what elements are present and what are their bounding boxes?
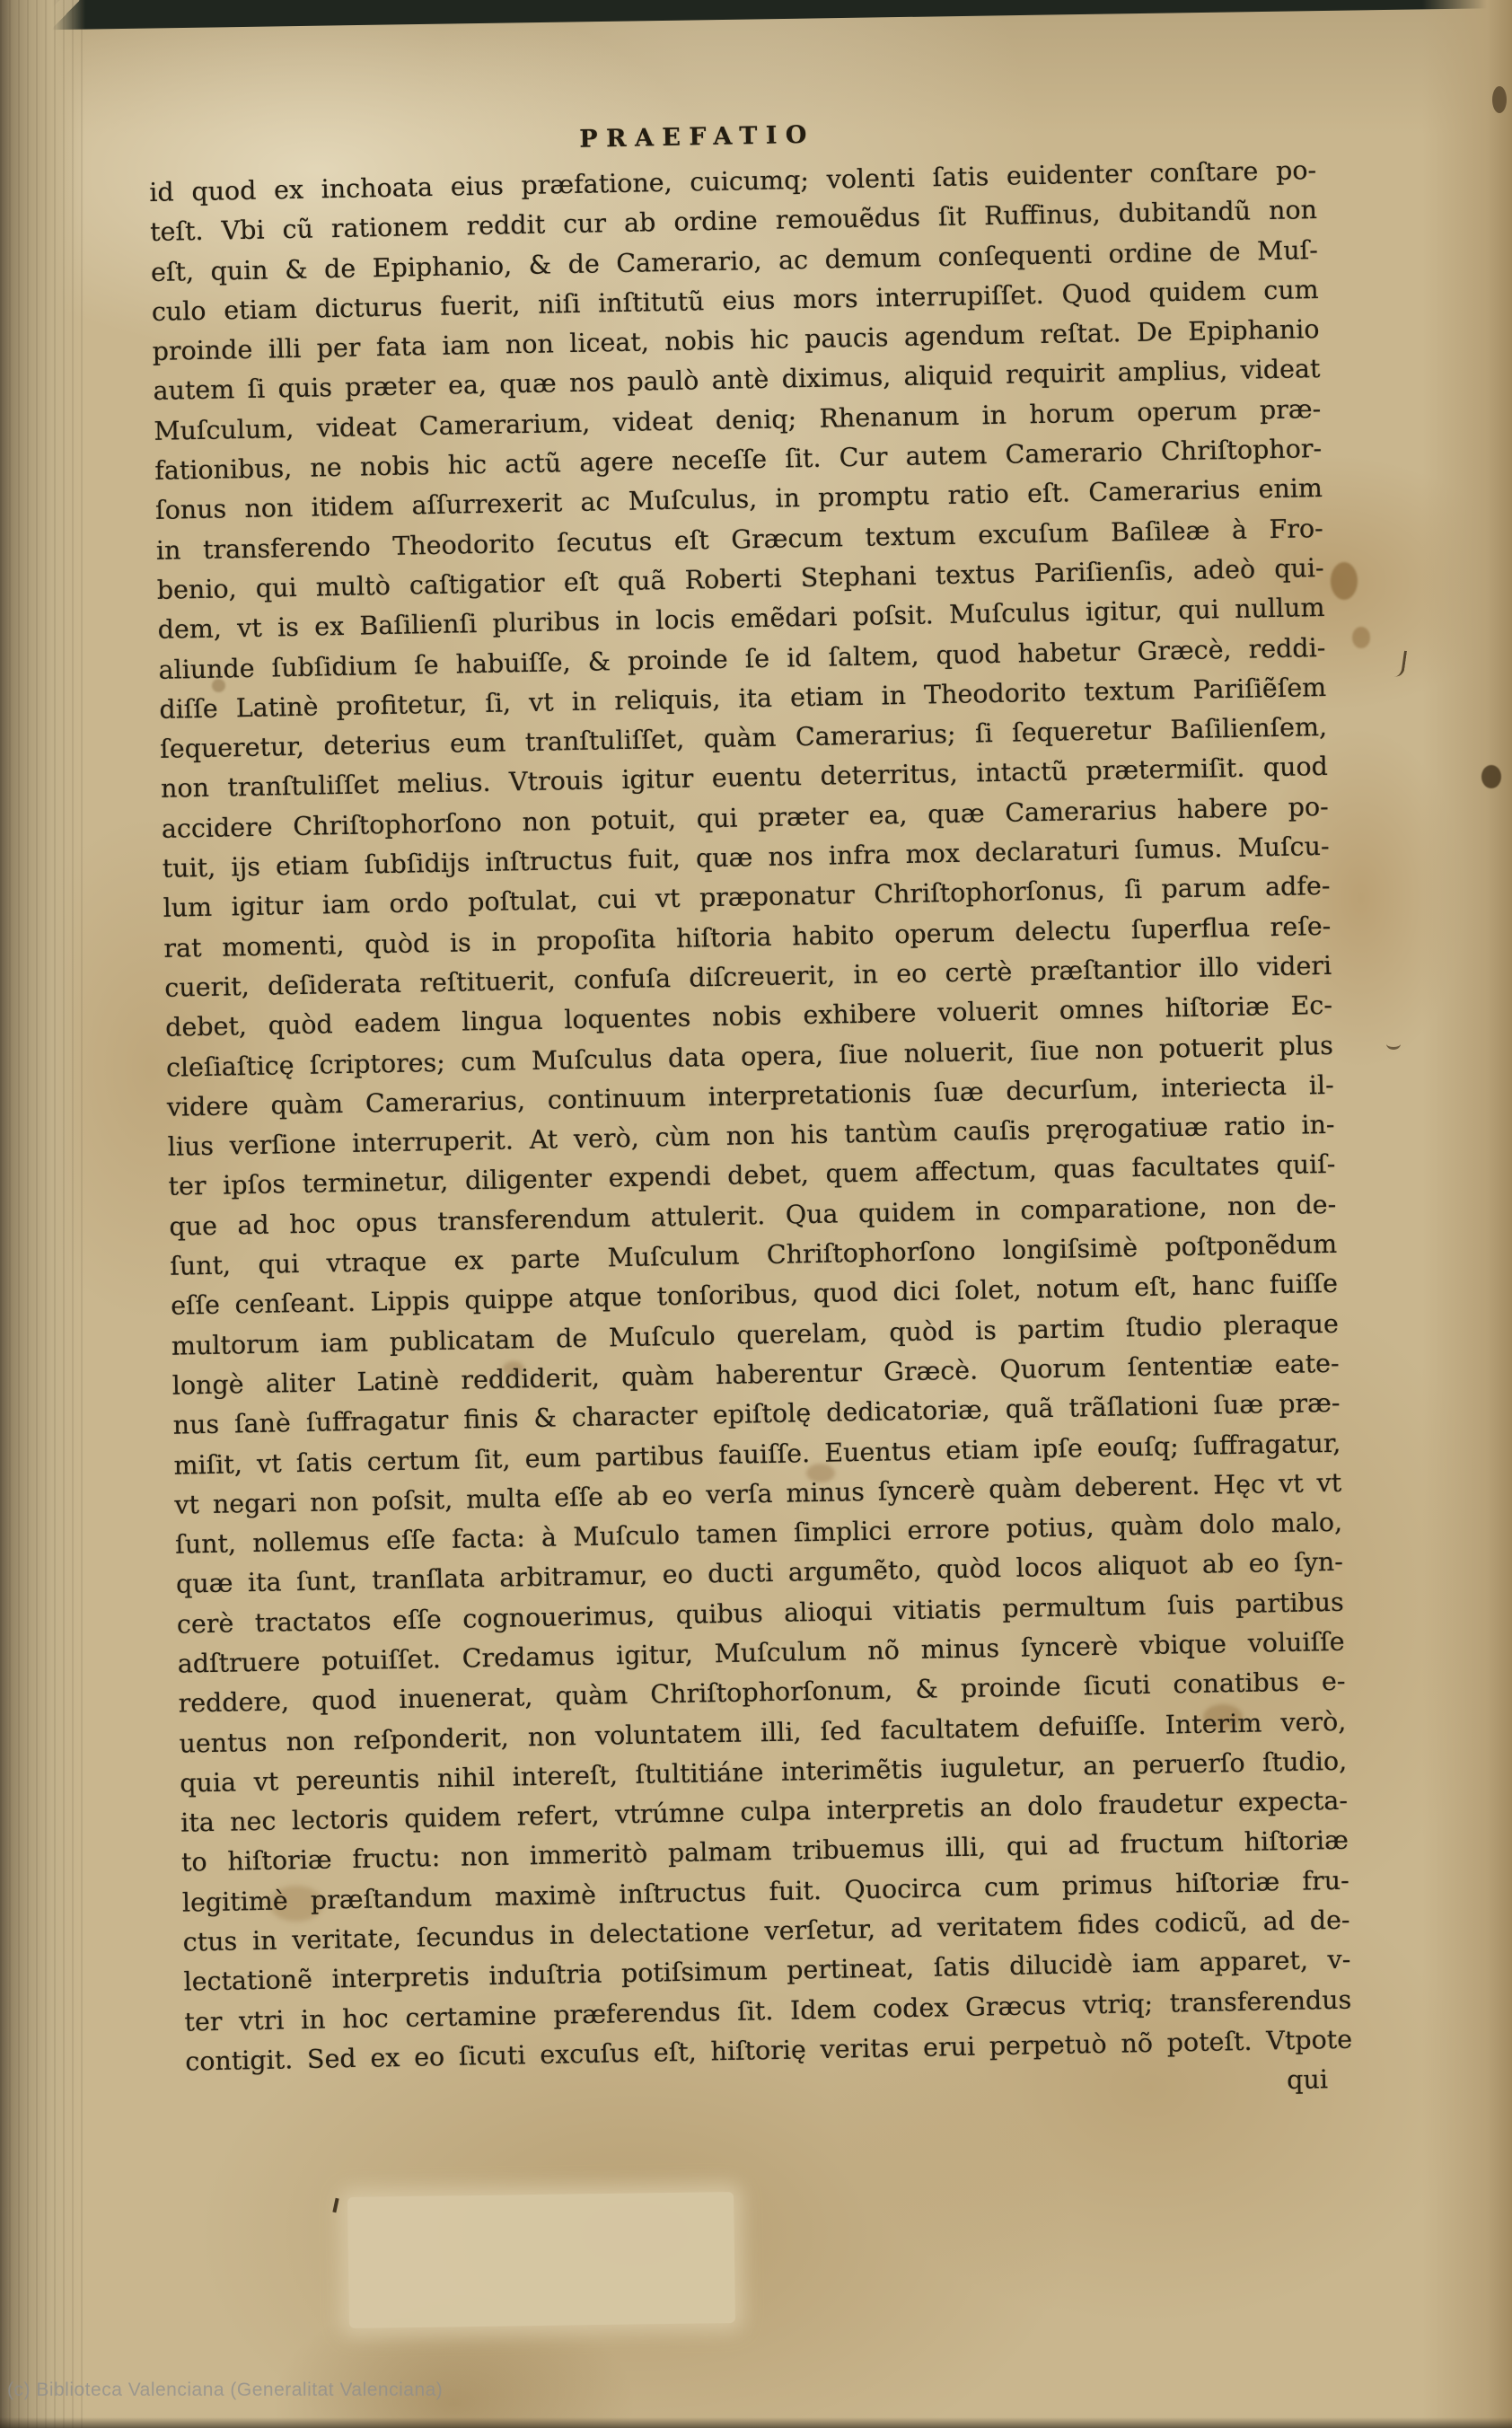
bottom-edge-shadow — [0, 2417, 1512, 2428]
library-copyright-watermark: (c) Biblioteca Valenciana (Generalitat V… — [7, 2380, 443, 2401]
right-page-curl — [1422, 0, 1512, 2428]
repair-patch — [347, 2192, 735, 2328]
preface-heading: PRAEFATIO — [579, 108, 1316, 158]
stain-spot — [1352, 627, 1370, 648]
margin-ink-mark — [1392, 649, 1407, 678]
preface-text-block: PRAEFATIO id quod ex inchoata eius præfa… — [148, 108, 1353, 2122]
book-page-scan: PRAEFATIO id quod ex inchoata eius præfa… — [0, 0, 1512, 2428]
right-edge-notch — [1492, 86, 1507, 113]
scan-top-edge — [0, 0, 1512, 31]
ink-mark — [332, 2198, 338, 2212]
left-page-edges — [0, 0, 85, 2428]
preface-body: id quod ex inchoata eius præfatione, cui… — [149, 151, 1353, 2082]
margin-ink-mark — [1386, 1038, 1401, 1050]
stain-spot — [1331, 562, 1358, 600]
ink-blot — [1481, 765, 1501, 788]
